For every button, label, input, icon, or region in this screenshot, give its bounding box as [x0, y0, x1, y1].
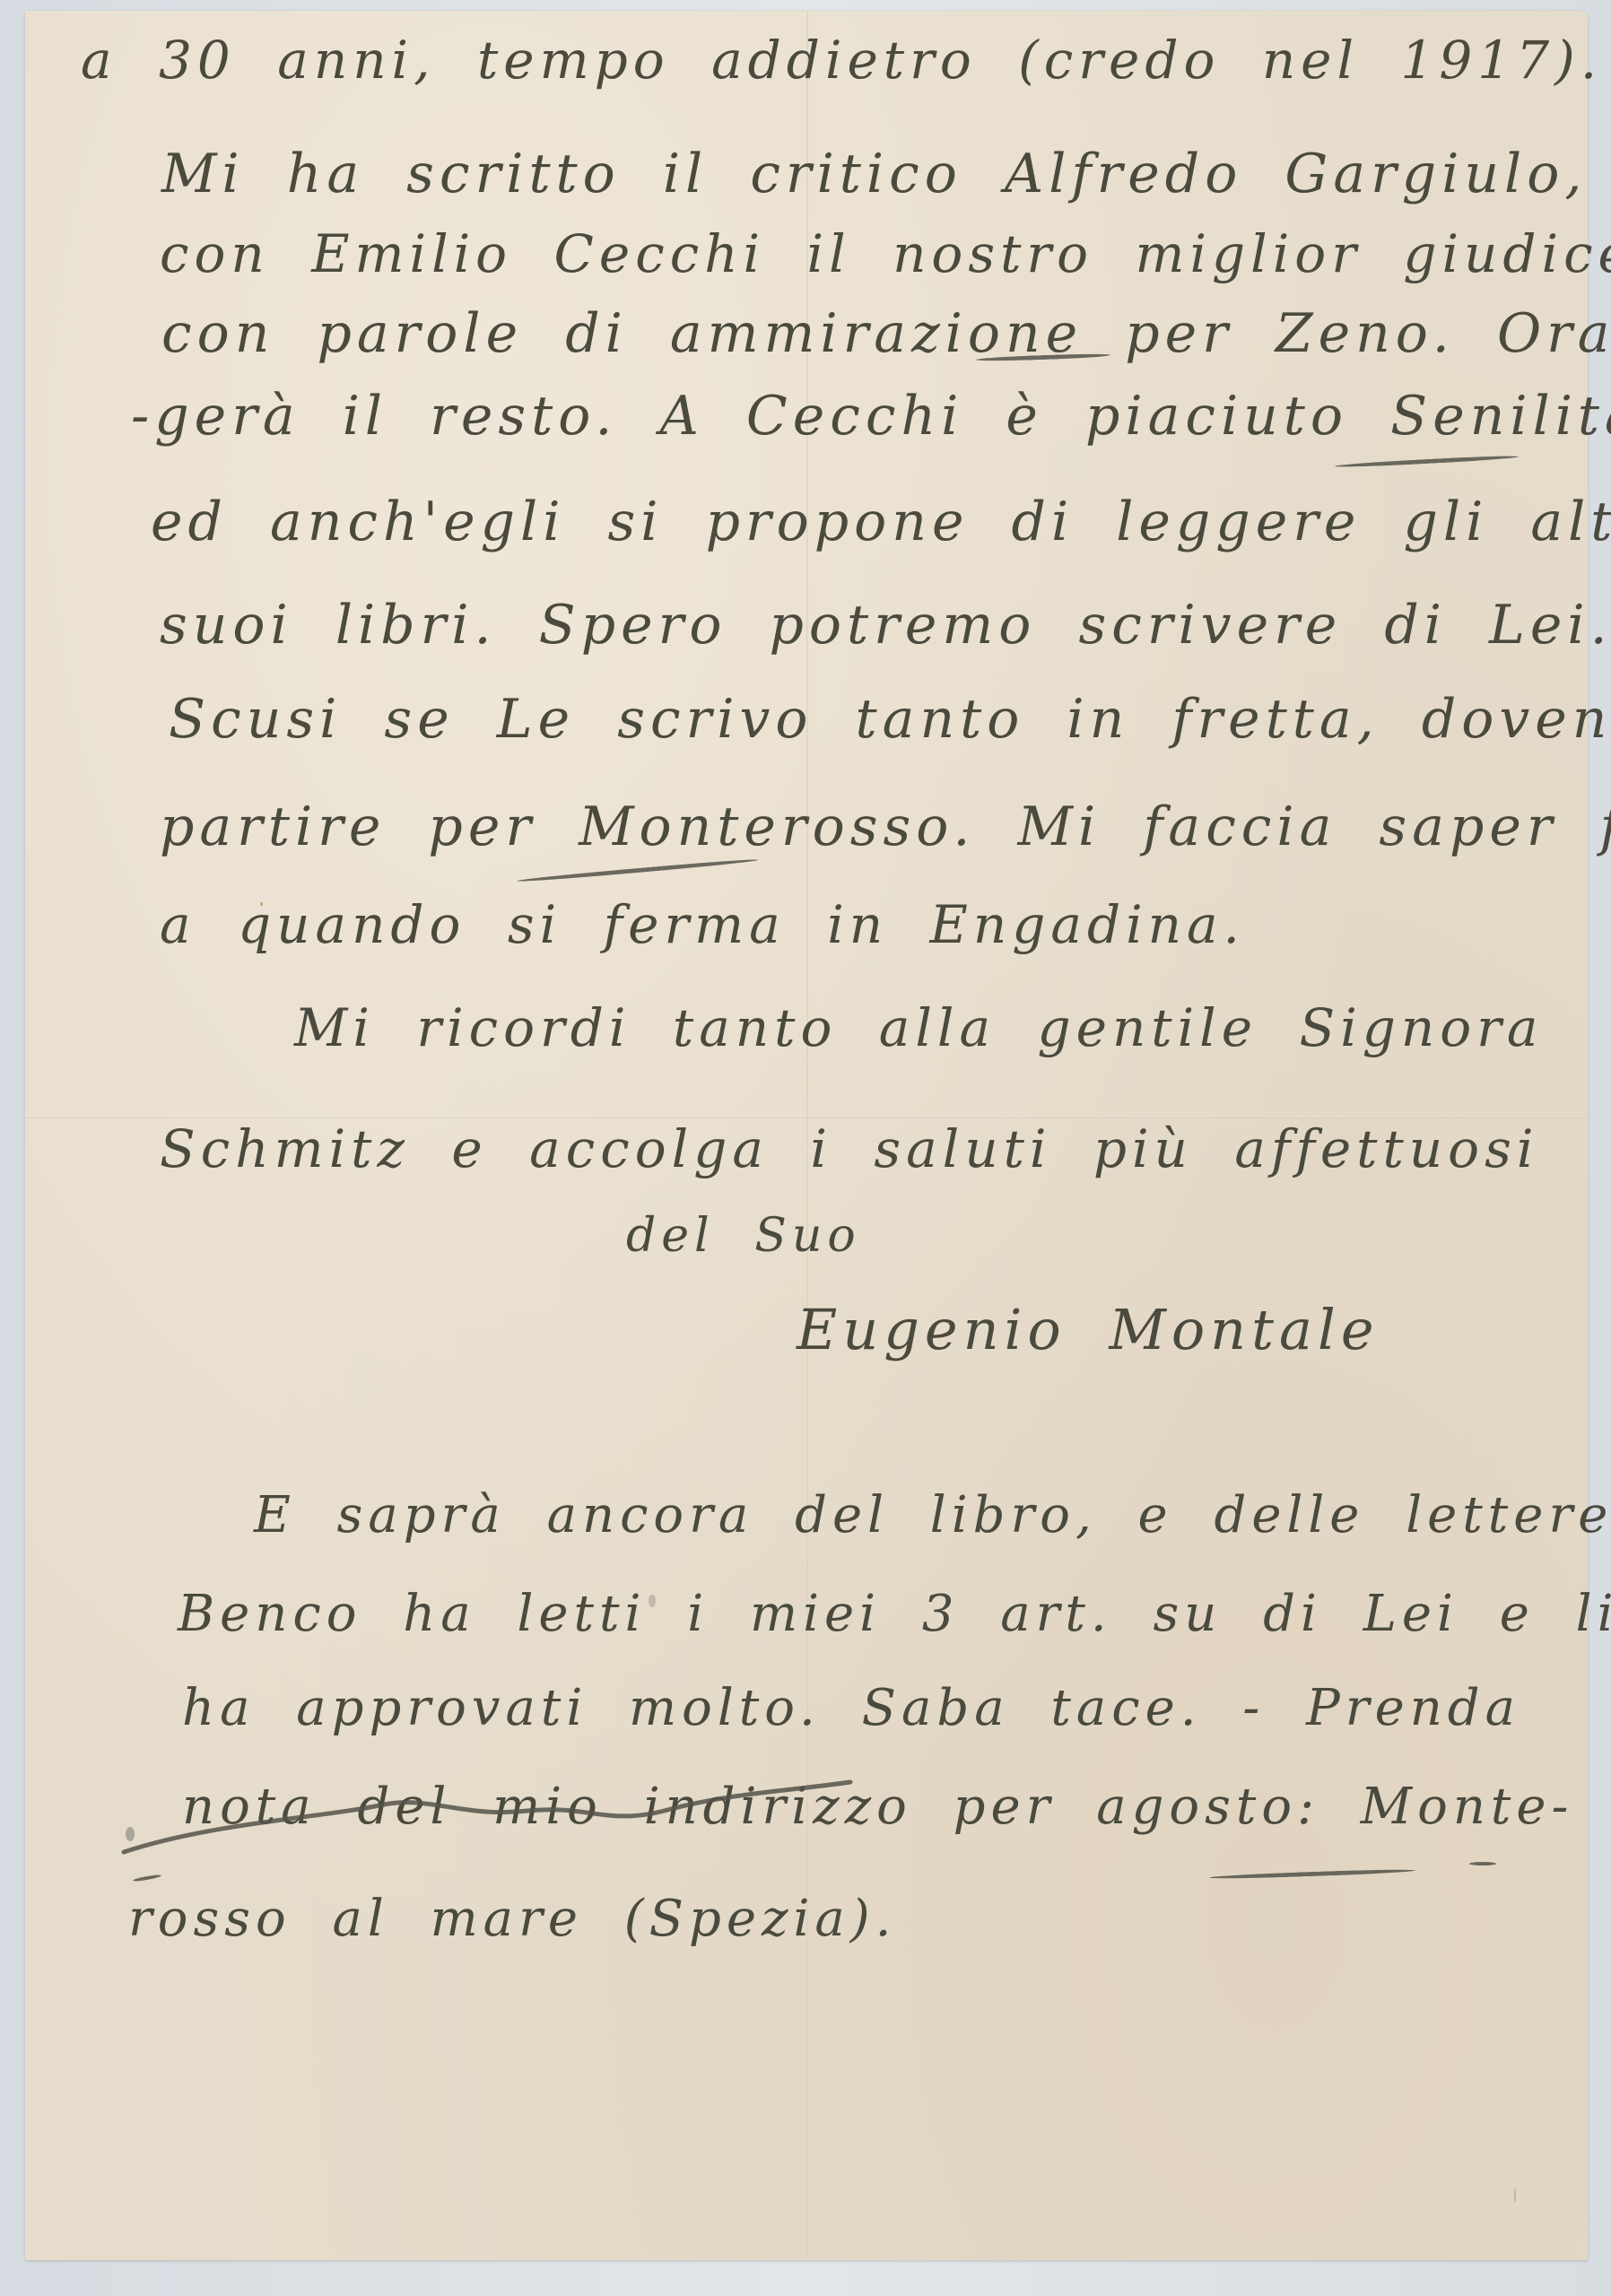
scan-viewport: a 30 anni, tempo addietro (credo nel 191… — [0, 0, 1611, 2296]
letter-line: Scusi se Le scrivo tanto in fretta, dove… — [169, 692, 1611, 746]
letter-line: Schmitz e accolga i saluti più affettuos… — [160, 1123, 1538, 1175]
letter-line: partire per Monterosso. Mi faccia saper … — [160, 800, 1611, 854]
paper-speck — [1514, 2188, 1516, 2203]
underline-rosso-al-mare-spezia — [106, 1755, 868, 1863]
letter-line: con Emilio Cecchi il nostro miglior giud… — [160, 228, 1611, 280]
letter-line: a 30 anni, tempo addietro (credo nel 191… — [81, 34, 1602, 86]
letter-line: suoi libri. Spero potremo scrivere di Le… — [160, 598, 1611, 652]
postscript-line: ha approvati molto. Saba tace. - Prenda — [182, 1683, 1520, 1734]
postscript-line: rosso al mare (Spezia). — [128, 1894, 896, 1944]
paper-speck — [126, 1827, 135, 1841]
letter-line: con parole di ammirazione per Zeno. Ora … — [161, 307, 1611, 361]
underline-dash-left — [133, 1874, 161, 1882]
paper-speck — [260, 902, 263, 906]
paper-speck — [649, 1595, 656, 1607]
underline-senilita — [1335, 455, 1519, 469]
signature: Eugenio Montale — [797, 1302, 1380, 1358]
letter-line: Mi ha scritto il critico Alfredo Gargiul… — [161, 147, 1611, 201]
letter-line: a quando si ferma in Engadina. — [160, 899, 1245, 951]
letter-line: ed anch'egli si propone di leggere gli a… — [151, 495, 1611, 549]
underline-dash — [1469, 1862, 1496, 1865]
postscript-line: E saprà ancora del libro, e delle letter… — [254, 1491, 1611, 1541]
underline-monterosso — [517, 857, 758, 883]
letter-line: Mi ricordi tanto alla gentile Signora — [294, 1002, 1543, 1054]
underline-monte — [1209, 1868, 1415, 1880]
postscript-line: Benco ha letti i miei 3 art. su di Lei e… — [178, 1589, 1611, 1639]
letter-closing: del Suo — [626, 1213, 861, 1259]
letter-page: a 30 anni, tempo addietro (credo nel 191… — [25, 11, 1588, 2260]
letter-line: -gerà il resto. A Cecchi è piaciuto Seni… — [131, 389, 1611, 443]
